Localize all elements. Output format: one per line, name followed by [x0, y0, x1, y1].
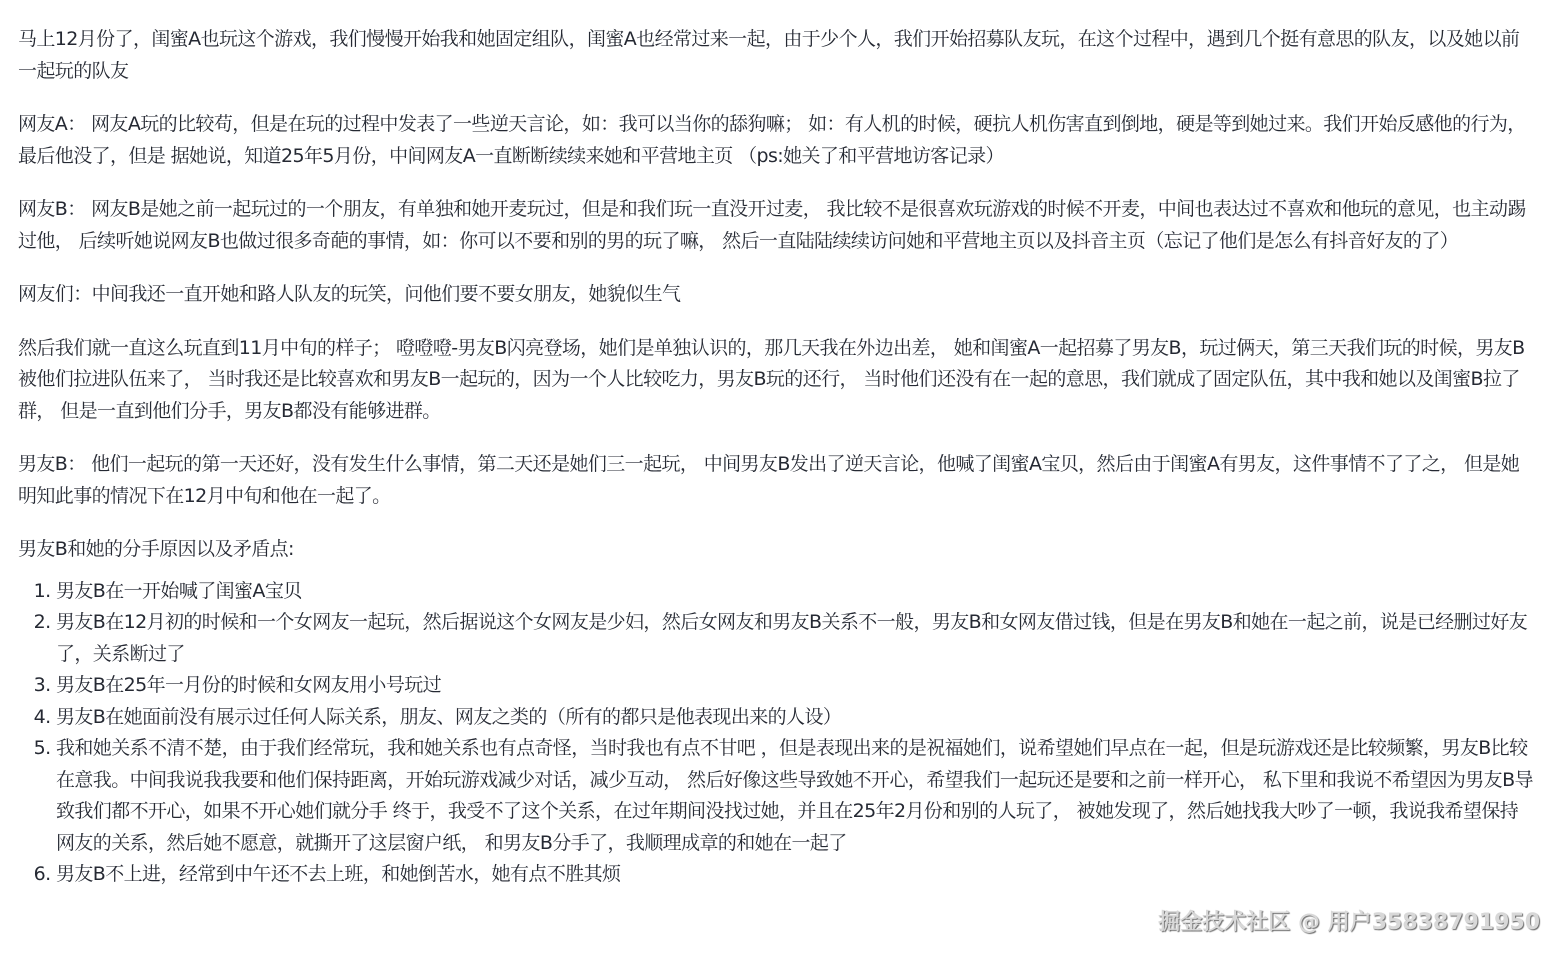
- breakup-reasons-list: 男友B在一开始喊了闺蜜A宝贝 男友B在12月初的时候和一个女网友一起玩，然后据说…: [18, 576, 1536, 891]
- list-item: 男友B在她面前没有展示过任何人际关系，朋友、网友之类的（所有的都只是他表现出来的…: [56, 702, 1536, 734]
- list-item: 我和她关系不清不楚，由于我们经常玩，我和她关系也有点奇怪，当时我也有点不甘吧 ，…: [56, 733, 1536, 859]
- paragraph-boyfriend-b: 男友B： 他们一起玩的第一天还好，没有发生什么事情，第二天还是她们三一起玩， 中…: [18, 449, 1536, 512]
- watermark: 掘金技术社区 @ 用户3583879195​0: [1158, 905, 1540, 936]
- list-item: 男友B在12月初的时候和一个女网友一起玩，然后据说这个女网友是少妇，然后女网友和…: [56, 607, 1536, 670]
- paragraph-netfriend-b: 网友B： 网友B是她之前一起玩过的一个朋友，有单独和她开麦玩过，但是和我们玩一直…: [18, 194, 1536, 257]
- paragraph-netfriends: 网友们：中间我还一直开她和路人队友的玩笑，问他们要不要女朋友，她貌似生气: [18, 279, 1536, 311]
- list-item: 男友B不上进，经常到中午还不去上班，和她倒苦水，她有点不胜其烦: [56, 859, 1536, 891]
- list-item: 男友B在25年一月份的时候和女网友用小号玩过: [56, 670, 1536, 702]
- article-body: 马上12月份了，闺蜜A也玩这个游戏，我们慢慢开始我和她固定组队，闺蜜A也经常过来…: [18, 24, 1536, 891]
- paragraph-boyfriend-b-intro: 然后我们就一直这么玩直到11月中旬的样子； 噔噔噔-男友B闪亮登场，她们是单独认…: [18, 333, 1536, 428]
- paragraph-intro: 马上12月份了，闺蜜A也玩这个游戏，我们慢慢开始我和她固定组队，闺蜜A也经常过来…: [18, 24, 1536, 87]
- paragraph-netfriend-a: 网友A： 网友A玩的比较苟，但是在玩的过程中发表了一些逆天言论，如：我可以当你的…: [18, 109, 1536, 172]
- list-item: 男友B在一开始喊了闺蜜A宝贝: [56, 576, 1536, 608]
- paragraph-breakup-heading: 男友B和她的分手原因以及矛盾点:: [18, 534, 1536, 566]
